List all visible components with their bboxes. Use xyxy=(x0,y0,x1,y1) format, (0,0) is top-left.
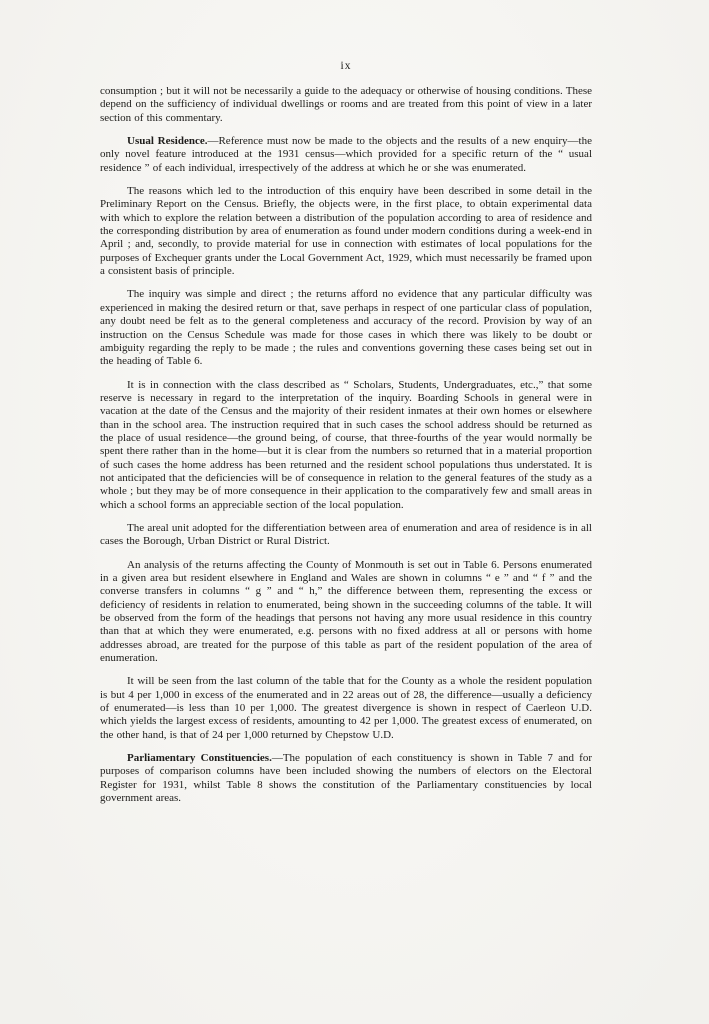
text-column: ix consumption ; but it will not be nece… xyxy=(100,60,592,816)
paragraph-text: consumption ; but it will not be necessa… xyxy=(100,85,592,124)
document-page: ix consumption ; but it will not be nece… xyxy=(0,0,709,1024)
paragraph: It will be seen from the last column of … xyxy=(100,675,592,742)
paragraph: The reasons which led to the introductio… xyxy=(100,185,592,278)
paragraph: The inquiry was simple and direct ; the … xyxy=(100,288,592,368)
paragraph: An analysis of the returns affecting the… xyxy=(100,559,592,666)
paragraph-text: The inquiry was simple and direct ; the … xyxy=(100,288,592,367)
paragraph-text: It will be seen from the last column of … xyxy=(100,675,592,740)
paragraph-text: An analysis of the returns affecting the… xyxy=(100,559,592,664)
page-number: ix xyxy=(100,60,592,72)
paragraph: Parliamentary Constituencies.—The popula… xyxy=(100,752,592,805)
paragraph: consumption ; but it will not be necessa… xyxy=(100,85,592,125)
paragraph-lead-parliamentary-constituencies: Parliamentary Constituencies. xyxy=(127,752,272,764)
paragraph: Usual Residence.—Reference must now be m… xyxy=(100,135,592,175)
paragraph-text: The reasons which led to the introductio… xyxy=(100,185,592,277)
paragraph: It is in connection with the class descr… xyxy=(100,379,592,512)
paragraph: The areal unit adopted for the different… xyxy=(100,522,592,549)
paragraph-text: The areal unit adopted for the different… xyxy=(100,522,592,547)
paragraph-text: It is in connection with the class descr… xyxy=(100,379,592,511)
paragraph-lead-usual-residence: Usual Residence. xyxy=(127,135,207,147)
